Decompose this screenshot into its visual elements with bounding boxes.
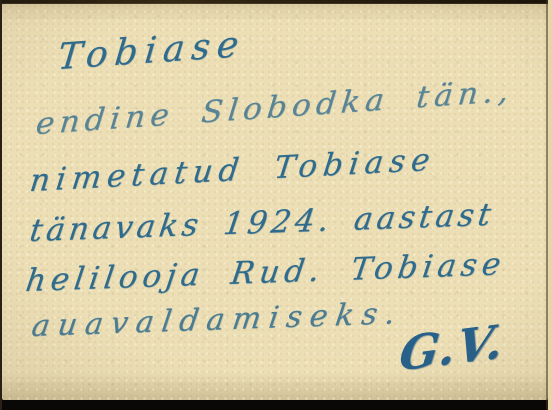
handwritten-line-1: Tobiase	[56, 24, 248, 78]
scan-edge-left	[0, 0, 2, 410]
handwritten-line-2: endine Slobodka tän.,	[34, 73, 515, 142]
handwritten-signature: G.V.	[397, 314, 508, 382]
scan-edge-bottom	[0, 400, 552, 410]
scan-edge-right-sliver	[548, 0, 552, 410]
scanned-note-card: Tobiase endine Slobodka tän., nimetatud …	[0, 0, 552, 410]
handwritten-line-4: tänavaks 1924. aastast	[27, 197, 497, 249]
scan-edge-top	[0, 0, 552, 4]
paper-card: Tobiase endine Slobodka tän., nimetatud …	[2, 3, 548, 400]
handwritten-line-3: nimetatud Tobiase	[28, 142, 438, 200]
handwritten-line-5: helilooja Rud. Tobiase	[23, 246, 507, 299]
handwritten-line-6: auavaldamiseks.	[30, 296, 406, 344]
